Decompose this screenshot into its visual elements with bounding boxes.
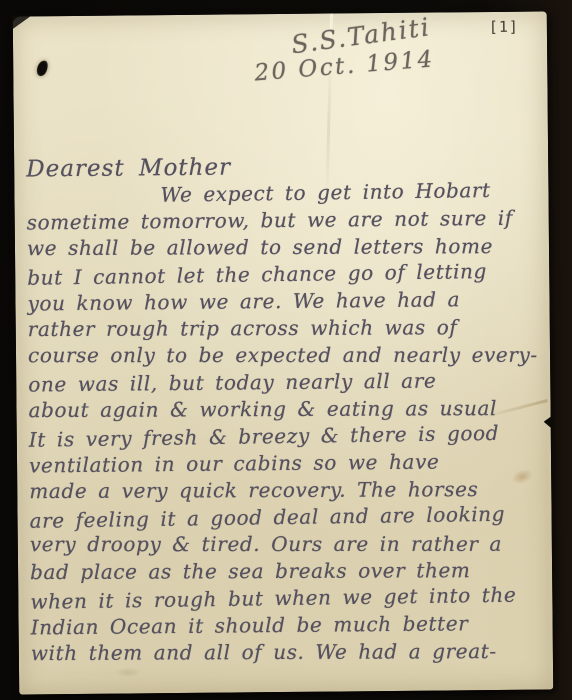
letter-line: very droopy & tired. Ours are in rather … (30, 531, 544, 558)
letter-line: rather rough trip across which was of (28, 314, 542, 343)
paper-stain (115, 667, 141, 677)
salutation: Dearest Mother (26, 154, 231, 182)
letter-line: are feeling it a good deal and are looki… (29, 500, 543, 535)
letter-line: one was ill, but today nearly all are (28, 367, 542, 399)
letter-date: 20 Oct. 1914 (254, 46, 436, 86)
letter-line: course only to be expected and nearly ev… (28, 342, 542, 369)
scan-background: [1] S.S.Tahiti 20 Oct. 1914 Dearest Moth… (0, 0, 572, 700)
punch-hole (36, 59, 49, 77)
letter-body: We expect to get into Hobartsometime tom… (26, 178, 545, 669)
page-number-marker: [1] (489, 18, 519, 36)
edge-tear (544, 415, 553, 429)
letter-paper: [1] S.S.Tahiti 20 Oct. 1914 Dearest Moth… (13, 11, 553, 694)
letter-line: with them and all of us. We had a great- (31, 638, 545, 667)
corner-fold (12, 15, 32, 29)
